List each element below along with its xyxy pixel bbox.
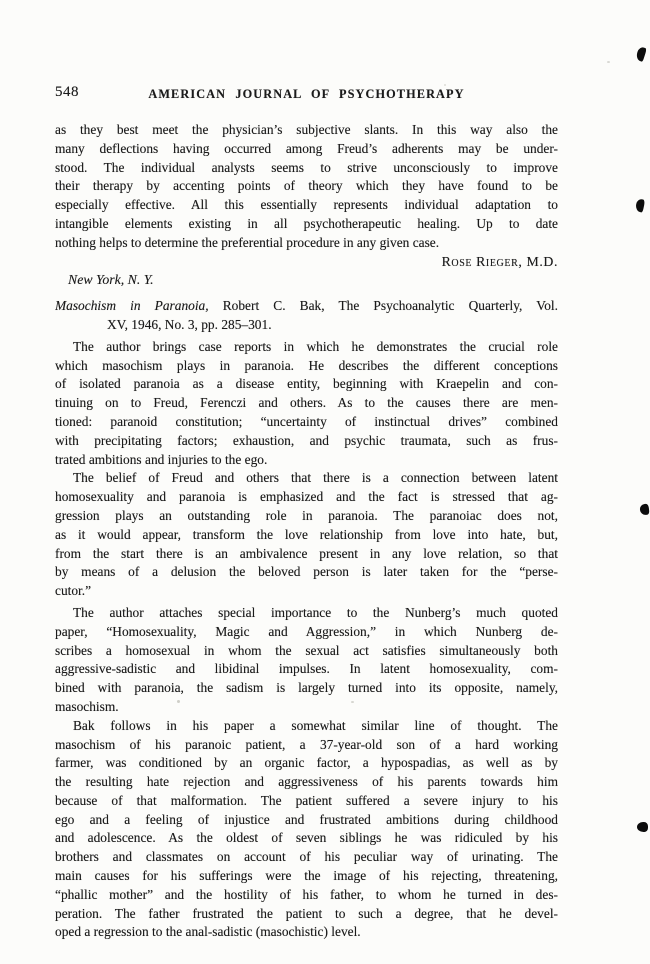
text-line: of isolated paranoia as a disease entity… <box>55 375 558 394</box>
scan-speck <box>177 700 180 703</box>
text-line: aggressive-sadistic and libidinal impuls… <box>55 660 558 679</box>
ink-mark <box>637 822 648 832</box>
text-line: paper, “Homosexuality, Magic and Aggress… <box>55 623 558 642</box>
text-line: the resulting hate rejection and aggress… <box>55 773 558 792</box>
reviewer-location: New York, N. Y. <box>55 271 558 290</box>
text-line: their therapy by accenting points of the… <box>55 177 558 196</box>
reference-line-1: Masochism in Paranoia, Robert C. Bak, Th… <box>55 297 558 316</box>
reference-author-journal: Robert C. Bak, The Psychoanalytic Quarte… <box>223 298 558 313</box>
review-paragraph: The author brings case reports in which … <box>55 338 558 470</box>
text-line: nothing helps to determine the preferent… <box>55 234 558 253</box>
reference-citation: Masochism in Paranoia, Robert C. Bak, Th… <box>55 297 558 335</box>
text-line: The author brings case reports in which … <box>55 338 558 357</box>
page-number: 548 <box>55 84 79 101</box>
text-line: brothers and classmates on account of hi… <box>55 848 558 867</box>
review-rieger-body: as they best meet the physician’s subjec… <box>55 121 558 253</box>
ink-mark <box>635 46 647 62</box>
text-line: many deflections having occurred among F… <box>55 140 558 159</box>
text-line: “phallic mother” and the hostility of hi… <box>55 886 558 905</box>
ink-mark <box>639 504 649 516</box>
text-line: as they best meet the physician’s subjec… <box>55 121 558 140</box>
text-line: as it would appear, transform the love r… <box>55 526 558 545</box>
text-line: The belief of Freud and others that ther… <box>55 469 558 488</box>
ink-mark <box>635 198 646 212</box>
text-line: masochism of his paranoic patient, a 37-… <box>55 736 558 755</box>
review-paragraph: The belief of Freud and others that ther… <box>55 469 558 601</box>
text-line: cutor.” <box>55 582 558 601</box>
text-line: scribes a homosexual in whom the sexual … <box>55 642 558 661</box>
text-line: stood. The individual analysts seems to … <box>55 159 558 178</box>
review-bak-body: The author brings case reports in which … <box>55 338 558 943</box>
text-line: tinuing on to Freud, Ferenczi and others… <box>55 394 558 413</box>
text-line: oped a regression to the anal-sadistic (… <box>55 923 558 942</box>
review-paragraph: The author attaches special importance t… <box>55 604 558 717</box>
text-line: and adolescence. As the oldest of seven … <box>55 829 558 848</box>
text-line: because of that malformation. The patien… <box>55 792 558 811</box>
text-line: Bak follows in his paper a somewhat simi… <box>55 717 558 736</box>
text-line: bined with paranoia, the sadism is large… <box>55 679 558 698</box>
text-line: farmer, was conditioned by an organic fa… <box>55 754 558 773</box>
page-column: 548 AMERICAN JOURNAL OF PSYCHOTHERAPY as… <box>55 84 558 942</box>
text-line: The author attaches special importance t… <box>55 604 558 623</box>
text-line: masochism. <box>55 698 558 717</box>
text-line: trated ambitions and injuries to the ego… <box>55 451 558 470</box>
text-line: which masochism plays in paranoia. He de… <box>55 357 558 376</box>
scanned-page: 548 AMERICAN JOURNAL OF PSYCHOTHERAPY as… <box>0 0 650 964</box>
scan-speck <box>607 61 610 63</box>
reviewer-signature: Rose Rieger, M.D. <box>55 253 558 272</box>
scan-speck <box>444 84 446 86</box>
text-line: with precipitating factors; exhaustion, … <box>55 432 558 451</box>
text-line: intangible elements existing in all psyc… <box>55 215 558 234</box>
text-line: from the start there is an ambivalence p… <box>55 545 558 564</box>
reference-line-2: XV, 1946, No. 3, pp. 285–301. <box>55 316 558 335</box>
text-line: main causes for his sufferings were the … <box>55 867 558 886</box>
journal-title: AMERICAN JOURNAL OF PSYCHOTHERAPY <box>148 87 464 102</box>
page-header: 548 AMERICAN JOURNAL OF PSYCHOTHERAPY <box>55 84 558 102</box>
text-line: peration. The father frustrated the pati… <box>55 905 558 924</box>
text-line: ego and a feeling of injustice and frust… <box>55 811 558 830</box>
review-paragraph: Bak follows in his paper a somewhat simi… <box>55 717 558 943</box>
text-line: homosexuality and paranoia is emphasized… <box>55 488 558 507</box>
text-line: especially effective. All this essential… <box>55 196 558 215</box>
scan-speck <box>351 701 354 703</box>
text-line: tioned: paranoid constitution; “uncertai… <box>55 413 558 432</box>
reference-article-title: Masochism in Paranoia, <box>55 298 209 313</box>
text-line: gression plays an outstanding role in pa… <box>55 507 558 526</box>
text-line: by means of a delusion the beloved perso… <box>55 563 558 582</box>
